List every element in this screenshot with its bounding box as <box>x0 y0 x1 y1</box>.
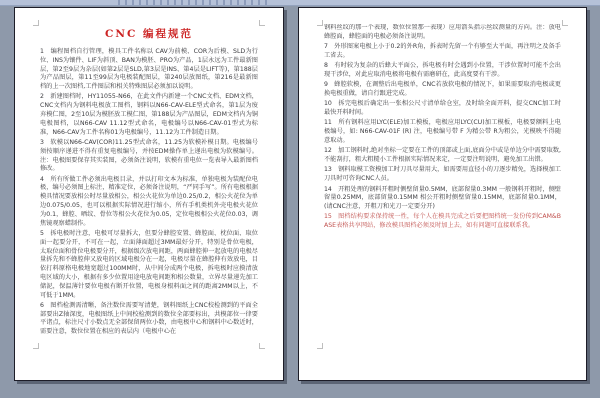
text-boundary-mark <box>33 20 39 26</box>
text-boundary-mark <box>259 348 265 354</box>
paragraph-6-continued: 钢料丝纹的那一个表现，数位位置那一表现）应用箭头指示丝纹测量的方向。注：放电蜂腔… <box>324 24 561 42</box>
paragraph-5: 5 拆电极时注意，电极可尽量拆大，但要分蜂腔安置、蜂腔面、枕位面、取位面一起要分… <box>40 230 258 300</box>
text-boundary-mark <box>317 20 323 26</box>
paragraph-10: 10 拆完电极后确定出一张相公尺寸清单给仓室，及时给全面开料，提交CNC加工时最… <box>324 100 561 118</box>
paragraph-11: 11 所有钢料应用LYC(ELE)加工模板，电极应用LYC(CU)加工模板，电极… <box>324 119 561 145</box>
page-1-text-area[interactable]: CNC 编程规范 1 编程图档自行管理，模具工件名称以 CAV为前模、COR为后… <box>40 24 258 370</box>
text-boundary-mark <box>259 20 265 26</box>
document-workspace: CNC 编程规范 1 编程图档自行管理，模具工件名称以 CAV为前模、COR为后… <box>0 0 600 398</box>
toolbar-icons-remnant <box>118 0 268 5</box>
document-title: CNC 编程规范 <box>40 26 258 41</box>
toolbar-remnant <box>0 0 600 6</box>
page-1[interactable]: CNC 编程规范 1 编程图档自行管理，模具工件名称以 CAV为前模、COR为后… <box>14 7 284 381</box>
paragraph-2: 2 新建图档时，HY11055-N66，在此文件内新建一个CNC文档、EDM文档… <box>40 93 258 137</box>
paragraph-6: 6 图档检测需清晰，备注数位需要写清楚，钢料图纸上CNC校检测到的平面全部要出Z… <box>40 302 258 337</box>
paragraph-14: 14 开粗处理的钢料开粗时侧壁留量0.5MM，底部留量0.3MM 一般钢料开粗时… <box>324 186 561 212</box>
paragraph-7: 7 外形图案电极上小于0.2的外R角，拆表时先留一个有够至大平面，再注明之及备手… <box>324 43 561 61</box>
paragraph-1: 1 编程图档自行管理，模具工件名称以 CAV为前模、COR为后模、SLD为行位、… <box>40 48 258 92</box>
page-2[interactable]: 钢料丝纹的那一个表现，数位位置那一表现）应用箭头指示丝纹测量的方向。注：放电蜂腔… <box>298 7 587 381</box>
paragraph-9: 9 蜂腔软模，在调整后出电极单，CNC若放软电极的情况下，如果需要取消电极或更换… <box>324 81 561 99</box>
page-2-text-area[interactable]: 钢料丝纹的那一个表现，数位位置那一表现）应用箭头指示丝纹测量的方向。注：放电蜂腔… <box>324 24 561 370</box>
paragraph-8: 8 有时较为复杂的后蜂大平面公，拆电极有时会遇到小位置，干涉位置时可能不会出现干… <box>324 62 561 80</box>
paragraph-3: 3 软模以N66-CAV(COR)11.25型式命名，11.25为软模补模日期。… <box>40 139 258 174</box>
paragraph-4: 4 所有所做工件必须出电极目录，并以打印文本为标准，单独电极为装配位电极，编号必… <box>40 176 258 229</box>
paragraph-15-highlighted: 15 图档结构要求保持统一性，每个人在模具完成之后要把图档统一发份传到CAM&B… <box>324 213 561 231</box>
paragraph-12: 12 加工钢料时,绝对坐标一定要在工件的顶部或上面,底面分中或是单边分中需要取数… <box>324 147 561 165</box>
paragraph-13: 13 钢料取模工资模加工时刀具尽量用大，如需要用直径小的刀逐步精免，选择模加工刀… <box>324 166 561 184</box>
text-boundary-mark <box>33 348 39 354</box>
text-boundary-mark <box>317 348 323 354</box>
text-boundary-mark <box>562 20 568 26</box>
